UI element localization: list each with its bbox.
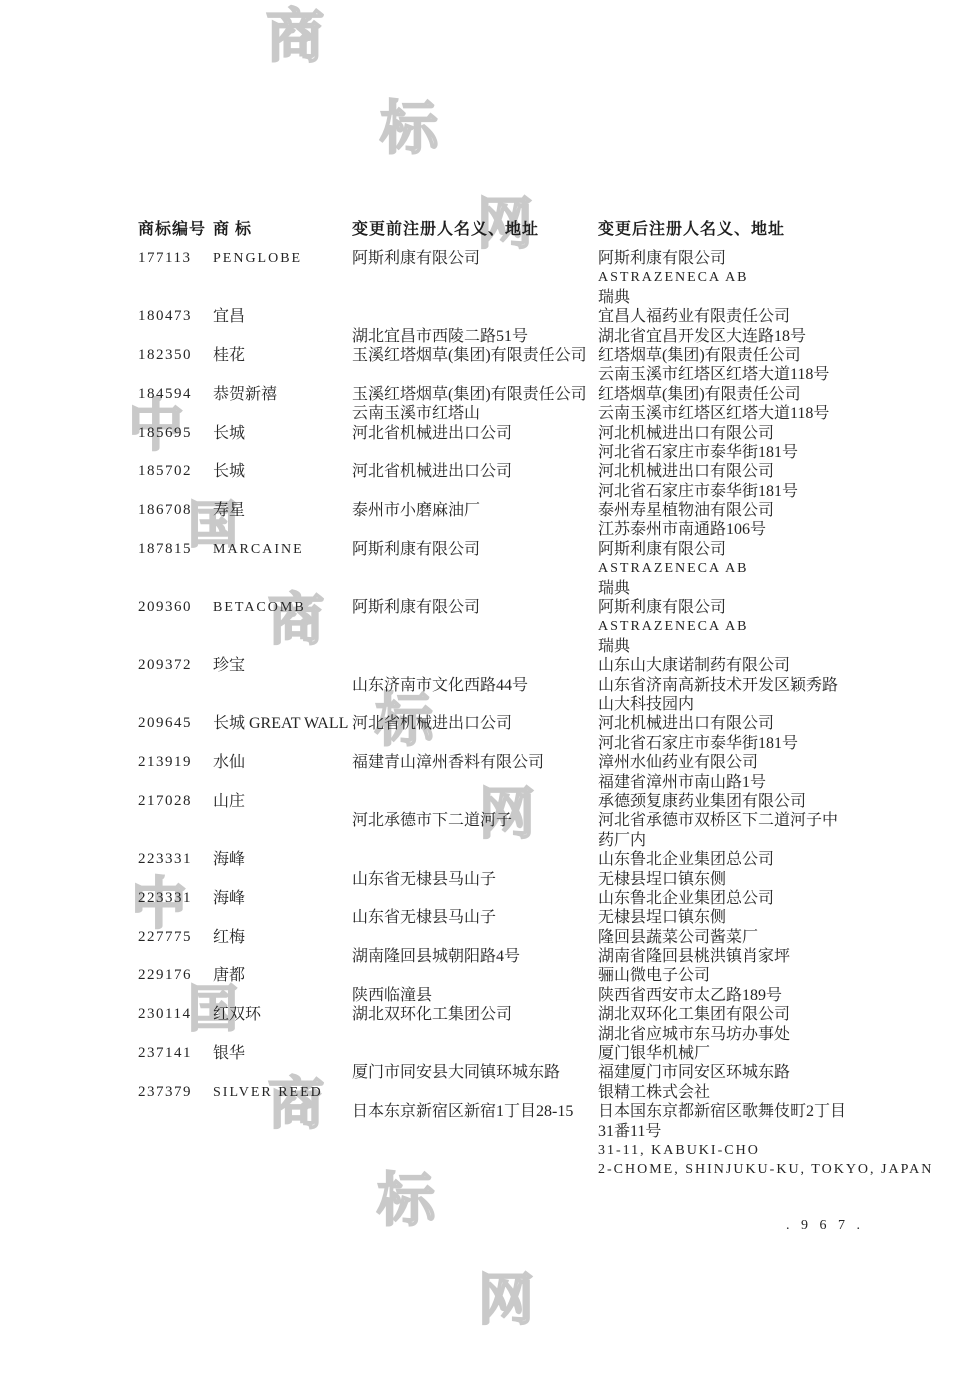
table-row: 209360BETACOMB阿斯利康有限公司阿斯利康有限公司ASTRAZENEC… [138, 598, 980, 656]
change-records-table: 177113PENGLOBE阿斯利康有限公司阿斯利康有限公司ASTRAZENEC… [138, 249, 980, 1180]
cell-line: 217028 [138, 792, 213, 811]
cell-line: 182350 [138, 346, 213, 365]
registrant-after-cell: 宜昌人福药业有限责任公司湖北省宜昌开发区大连路18号 [598, 307, 980, 346]
cell-line: 230114 [138, 1005, 213, 1024]
trademark-number-cell: 217028 [138, 792, 213, 811]
cell-line: 河北机械进出口有限公司 [598, 714, 980, 733]
cell-line: 珍宝 [213, 656, 352, 675]
trademark-name-cell: 长城 [213, 462, 352, 481]
cell-line: 湖北双环化工集团公司 [352, 1005, 598, 1024]
cell-line [352, 889, 598, 908]
registrant-after-cell: 泰州寿星植物油有限公司江苏泰州市南通路106号 [598, 501, 980, 540]
trademark-number-cell: 227775 [138, 928, 213, 947]
cell-line: 湖北双环化工集团有限公司 [598, 1005, 980, 1024]
cell-line: 福建青山漳州香料有限公司 [352, 753, 598, 772]
cell-line: 河北省石家庄市泰华街181号 [598, 734, 980, 753]
trademark-number-cell: 237141 [138, 1044, 213, 1063]
cell-line: 河北省石家庄市泰华街181号 [598, 443, 980, 462]
trademark-name-cell: 红双环 [213, 1005, 352, 1024]
table-row: 185702长城河北省机械进出口公司河北机械进出口有限公司河北省石家庄市泰华街1… [138, 462, 980, 501]
cell-line: 宜昌人福药业有限责任公司 [598, 307, 980, 326]
cell-line: 宜昌 [213, 307, 352, 326]
trademark-name-cell: PENGLOBE [213, 249, 352, 268]
trademark-number-cell: 177113 [138, 249, 213, 268]
gazette-page: 商标网中国商标网中国商标网 商标编号 商 标 变更前注册人名义、地址 变更后注册… [0, 0, 980, 1400]
cell-line: 31-11, KABUKI-CHO [598, 1141, 980, 1160]
registrant-before-cell: 阿斯利康有限公司 [352, 249, 598, 268]
trademark-name-cell: MARCAINE [213, 540, 352, 559]
cell-line: 209360 [138, 598, 213, 617]
cell-line: 银华 [213, 1044, 352, 1063]
cell-line: 江苏泰州市南通路106号 [598, 520, 980, 539]
cell-line: 日本国东京都新宿区歌舞伎町2丁目 [598, 1102, 980, 1121]
trademark-number-cell: 209645 [138, 714, 213, 733]
cell-line: 福建厦门市同安区环城东路 [598, 1063, 980, 1082]
cell-line: 177113 [138, 249, 213, 268]
registrant-before-cell: 日本东京新宿区新宿1丁目28-15 [352, 1083, 598, 1122]
trademark-number-cell: 209360 [138, 598, 213, 617]
cell-line: 湖北省应城市东马坊办事处 [598, 1025, 980, 1044]
trademark-name-cell: 山庄 [213, 792, 352, 811]
cell-line: 漳州水仙药业有限公司 [598, 753, 980, 772]
cell-line: 185695 [138, 424, 213, 443]
cell-line: 红塔烟草(集团)有限责任公司 [598, 346, 980, 365]
cell-line: 水仙 [213, 753, 352, 772]
trademark-number-cell: 180473 [138, 307, 213, 326]
cell-line: BETACOMB [213, 598, 352, 617]
cell-line [352, 1083, 598, 1102]
trademark-number-cell: 223331 [138, 889, 213, 908]
page-number: . 9 6 7 . [786, 1218, 864, 1234]
cell-line [352, 966, 598, 985]
column-header-after: 变更后注册人名义、地址 [598, 216, 785, 236]
cell-line [352, 656, 598, 675]
column-header-before: 变更前注册人名义、地址 [352, 216, 539, 236]
cell-line [352, 1044, 598, 1063]
table-row: 230114红双环湖北双环化工集团公司湖北双环化工集团有限公司湖北省应城市东马坊… [138, 1005, 980, 1044]
trademark-name-cell: 水仙 [213, 753, 352, 772]
cell-line: 山东省无棣县马山子 [352, 870, 598, 889]
table-row: 227775红梅湖南隆回县城朝阳路4号隆回县蔬菜公司酱菜厂湖南省隆回县桃洪镇肖家… [138, 928, 980, 967]
registrant-before-cell: 阿斯利康有限公司 [352, 598, 598, 617]
table-row: 182350桂花玉溪红塔烟草(集团)有限责任公司红塔烟草(集团)有限责任公司云南… [138, 346, 980, 385]
cell-line: 237379 [138, 1083, 213, 1102]
trademark-name-cell: SILVER REED [213, 1083, 352, 1102]
page-content: 商标编号 商 标 变更前注册人名义、地址 变更后注册人名义、地址 177113P… [0, 0, 980, 1400]
trademark-number-cell: 237379 [138, 1083, 213, 1102]
table-row: 177113PENGLOBE阿斯利康有限公司阿斯利康有限公司ASTRAZENEC… [138, 249, 980, 307]
trademark-number-cell: 185695 [138, 424, 213, 443]
registrant-after-cell: 湖北双环化工集团有限公司湖北省应城市东马坊办事处 [598, 1005, 980, 1044]
cell-line: 湖北宜昌市西陵二路51号 [352, 327, 598, 346]
cell-line: 229176 [138, 966, 213, 985]
trademark-number-cell: 209372 [138, 656, 213, 675]
registrant-after-cell: 承德颈复康药业集团有限公司河北省承德市双桥区下二道河子中药厂内 [598, 792, 980, 850]
registrant-before-cell: 湖北双环化工集团公司 [352, 1005, 598, 1024]
cell-line: 河北机械进出口有限公司 [598, 462, 980, 481]
registrant-before-cell: 山东省无棣县马山子 [352, 850, 598, 889]
cell-line: 31番11号 [598, 1122, 980, 1141]
cell-line: 187815 [138, 540, 213, 559]
registrant-before-cell: 厦门市同安县大同镇环城东路 [352, 1044, 598, 1083]
cell-line: 药厂内 [598, 831, 980, 850]
cell-line: ASTRAZENECA AB [598, 559, 980, 578]
cell-line: MARCAINE [213, 540, 352, 559]
registrant-before-cell: 阿斯利康有限公司 [352, 540, 598, 559]
table-row: 223331海峰山东省无棣县马山子山东鲁北企业集团总公司无棣县埕口镇东侧 [138, 850, 980, 889]
cell-line: 云南玉溪市红塔区红塔大道118号 [598, 365, 980, 384]
registrant-before-cell: 玉溪红塔烟草(集团)有限责任公司 [352, 346, 598, 365]
cell-line: 玉溪红塔烟草(集团)有限责任公司 [352, 385, 598, 404]
cell-line: 阿斯利康有限公司 [352, 249, 598, 268]
registrant-after-cell: 山东鲁北企业集团总公司无棣县埕口镇东侧 [598, 850, 980, 889]
trademark-number-cell: 223331 [138, 850, 213, 869]
registrant-before-cell: 陕西临潼县 [352, 966, 598, 1005]
cell-line: 无棣县埕口镇东侧 [598, 870, 980, 889]
table-row: 209645长城 GREAT WALL河北省机械进出口公司河北机械进出口有限公司… [138, 714, 980, 753]
registrant-after-cell: 山东山大康诺制药有限公司山东省济南高新技术开发区颖秀路山大科技园内 [598, 656, 980, 714]
registrant-after-cell: 河北机械进出口有限公司河北省石家庄市泰华街181号 [598, 714, 980, 753]
registrant-before-cell: 泰州市小磨麻油厂 [352, 501, 598, 520]
cell-line: 阿斯利康有限公司 [352, 598, 598, 617]
cell-line: 山东山大康诺制药有限公司 [598, 656, 980, 675]
registrant-before-cell: 湖北宜昌市西陵二路51号 [352, 307, 598, 346]
trademark-name-cell: 宜昌 [213, 307, 352, 326]
cell-line: 河北承德市下二道河子 [352, 811, 598, 830]
trademark-name-cell: 寿星 [213, 501, 352, 520]
trademark-number-cell: 229176 [138, 966, 213, 985]
cell-line: 山庄 [213, 792, 352, 811]
cell-line: 海峰 [213, 889, 352, 908]
cell-line: 云南玉溪市红塔山 [352, 404, 598, 423]
table-row: 186708寿星泰州市小磨麻油厂泰州寿星植物油有限公司江苏泰州市南通路106号 [138, 501, 980, 540]
registrant-before-cell: 山东济南市文化西路44号 [352, 656, 598, 695]
registrant-before-cell: 山东省无棣县马山子 [352, 889, 598, 928]
cell-line: 河北省机械进出口公司 [352, 424, 598, 443]
registrant-after-cell: 阿斯利康有限公司ASTRAZENECA AB瑞典 [598, 249, 980, 307]
cell-line: 河北省承德市双桥区下二道河子中 [598, 811, 980, 830]
registrant-after-cell: 银精工株式会社日本国东京都新宿区歌舞伎町2丁目31番11号31-11, KABU… [598, 1083, 980, 1180]
registrant-after-cell: 红塔烟草(集团)有限责任公司云南玉溪市红塔区红塔大道118号 [598, 385, 980, 424]
cell-line: 湖南隆回县城朝阳路4号 [352, 947, 598, 966]
cell-line: 237141 [138, 1044, 213, 1063]
cell-line: SILVER REED [213, 1083, 352, 1102]
table-row: 187815MARCAINE阿斯利康有限公司阿斯利康有限公司ASTRAZENEC… [138, 540, 980, 598]
registrant-before-cell: 河北省机械进出口公司 [352, 424, 598, 443]
cell-line: 泰州市小磨麻油厂 [352, 501, 598, 520]
cell-line: 瑞典 [598, 579, 980, 598]
cell-line: 227775 [138, 928, 213, 947]
registrant-before-cell: 福建青山漳州香料有限公司 [352, 753, 598, 772]
cell-line [352, 792, 598, 811]
cell-line: 湖南省隆回县桃洪镇肖家坪 [598, 947, 980, 966]
cell-line: 骊山微电子公司 [598, 966, 980, 985]
trademark-name-cell: 长城 GREAT WALL [213, 714, 352, 733]
cell-line: 209645 [138, 714, 213, 733]
cell-line: 山东济南市文化西路44号 [352, 676, 598, 695]
cell-line: 180473 [138, 307, 213, 326]
cell-line: 河北省石家庄市泰华街181号 [598, 482, 980, 501]
cell-line: 恭贺新禧 [213, 385, 352, 404]
cell-line: 山东鲁北企业集团总公司 [598, 889, 980, 908]
table-row: 184594恭贺新禧玉溪红塔烟草(集团)有限责任公司云南玉溪市红塔山红塔烟草(集… [138, 385, 980, 424]
cell-line: 承德颈复康药业集团有限公司 [598, 792, 980, 811]
trademark-number-cell: 182350 [138, 346, 213, 365]
cell-line: 日本东京新宿区新宿1丁目28-15 [352, 1102, 598, 1121]
trademark-number-cell: 186708 [138, 501, 213, 520]
cell-line: 河北省机械进出口公司 [352, 462, 598, 481]
trademark-name-cell: 长城 [213, 424, 352, 443]
registrant-after-cell: 骊山微电子公司陕西省西安市太乙路189号 [598, 966, 980, 1005]
cell-line: 厦门市同安县大同镇环城东路 [352, 1063, 598, 1082]
trademark-number-cell: 230114 [138, 1005, 213, 1024]
cell-line: 山东省无棣县马山子 [352, 908, 598, 927]
registrant-before-cell: 河北省机械进出口公司 [352, 714, 598, 733]
registrant-before-cell: 湖南隆回县城朝阳路4号 [352, 928, 598, 967]
registrant-after-cell: 山东鲁北企业集团总公司无棣县埕口镇东侧 [598, 889, 980, 928]
trademark-name-cell: 珍宝 [213, 656, 352, 675]
cell-line: 213919 [138, 753, 213, 772]
table-row: 237141银华厦门市同安县大同镇环城东路厦门银华机械厂福建厦门市同安区环城东路 [138, 1044, 980, 1083]
cell-line: 209372 [138, 656, 213, 675]
cell-line: 山东鲁北企业集团总公司 [598, 850, 980, 869]
trademark-number-cell: 184594 [138, 385, 213, 404]
cell-line: 云南玉溪市红塔区红塔大道118号 [598, 404, 980, 423]
registrant-after-cell: 河北机械进出口有限公司河北省石家庄市泰华街181号 [598, 424, 980, 463]
cell-line: 山东省济南高新技术开发区颖秀路 [598, 676, 980, 695]
cell-line: 红双环 [213, 1005, 352, 1024]
table-row: 180473宜昌湖北宜昌市西陵二路51号宜昌人福药业有限责任公司湖北省宜昌开发区… [138, 307, 980, 346]
cell-line: ASTRAZENECA AB [598, 617, 980, 636]
trademark-number-cell: 213919 [138, 753, 213, 772]
trademark-name-cell: 桂花 [213, 346, 352, 365]
table-row: 229176唐都陕西临潼县骊山微电子公司陕西省西安市太乙路189号 [138, 966, 980, 1005]
registrant-before-cell: 河北承德市下二道河子 [352, 792, 598, 831]
registrant-after-cell: 漳州水仙药业有限公司福建省漳州市南山路1号 [598, 753, 980, 792]
cell-line: 长城 [213, 424, 352, 443]
cell-line: 红塔烟草(集团)有限责任公司 [598, 385, 980, 404]
trademark-name-cell: 红梅 [213, 928, 352, 947]
cell-line: 阿斯利康有限公司 [598, 249, 980, 268]
cell-line: 玉溪红塔烟草(集团)有限责任公司 [352, 346, 598, 365]
cell-line: 厦门银华机械厂 [598, 1044, 980, 1063]
cell-line: 河北省机械进出口公司 [352, 714, 598, 733]
table-row: 185695长城河北省机械进出口公司河北机械进出口有限公司河北省石家庄市泰华街1… [138, 424, 980, 463]
registrant-after-cell: 红塔烟草(集团)有限责任公司云南玉溪市红塔区红塔大道118号 [598, 346, 980, 385]
registrant-after-cell: 厦门银华机械厂福建厦门市同安区环城东路 [598, 1044, 980, 1083]
table-row: 209372珍宝山东济南市文化西路44号山东山大康诺制药有限公司山东省济南高新技… [138, 656, 980, 714]
cell-line: 寿星 [213, 501, 352, 520]
registrant-after-cell: 河北机械进出口有限公司河北省石家庄市泰华街181号 [598, 462, 980, 501]
cell-line: 隆回县蔬菜公司酱菜厂 [598, 928, 980, 947]
cell-line: 福建省漳州市南山路1号 [598, 773, 980, 792]
registrant-after-cell: 阿斯利康有限公司ASTRAZENECA AB瑞典 [598, 598, 980, 656]
cell-line: 长城 GREAT WALL [213, 714, 352, 733]
cell-line: 海峰 [213, 850, 352, 869]
trademark-name-cell: 恭贺新禧 [213, 385, 352, 404]
trademark-name-cell: BETACOMB [213, 598, 352, 617]
trademark-name-cell: 唐都 [213, 966, 352, 985]
cell-line [352, 307, 598, 326]
cell-line: 2-CHOME, SHINJUKU-KU, TOKYO, JAPAN [598, 1160, 980, 1179]
cell-line: 185702 [138, 462, 213, 481]
cell-line: 瑞典 [598, 288, 980, 307]
cell-line: 阿斯利康有限公司 [598, 598, 980, 617]
cell-line: 陕西省西安市太乙路189号 [598, 986, 980, 1005]
registrant-before-cell: 河北省机械进出口公司 [352, 462, 598, 481]
cell-line: 186708 [138, 501, 213, 520]
cell-line: 长城 [213, 462, 352, 481]
cell-line: 223331 [138, 850, 213, 869]
cell-line: 山大科技园内 [598, 695, 980, 714]
cell-line: 唐都 [213, 966, 352, 985]
trademark-name-cell: 银华 [213, 1044, 352, 1063]
column-header-number: 商标编号 [138, 216, 206, 236]
registrant-after-cell: 隆回县蔬菜公司酱菜厂湖南省隆回县桃洪镇肖家坪 [598, 928, 980, 967]
cell-line: 阿斯利康有限公司 [352, 540, 598, 559]
table-row: 223331海峰山东省无棣县马山子山东鲁北企业集团总公司无棣县埕口镇东侧 [138, 889, 980, 928]
trademark-number-cell: 185702 [138, 462, 213, 481]
registrant-after-cell: 阿斯利康有限公司ASTRAZENECA AB瑞典 [598, 540, 980, 598]
cell-line: 184594 [138, 385, 213, 404]
cell-line: PENGLOBE [213, 249, 352, 268]
trademark-name-cell: 海峰 [213, 850, 352, 869]
trademark-name-cell: 海峰 [213, 889, 352, 908]
cell-line: 河北机械进出口有限公司 [598, 424, 980, 443]
table-row: 213919水仙福建青山漳州香料有限公司漳州水仙药业有限公司福建省漳州市南山路1… [138, 753, 980, 792]
cell-line: 桂花 [213, 346, 352, 365]
cell-line: 湖北省宜昌开发区大连路18号 [598, 327, 980, 346]
cell-line [352, 928, 598, 947]
cell-line: 阿斯利康有限公司 [598, 540, 980, 559]
cell-line: 红梅 [213, 928, 352, 947]
column-header-trademark: 商 标 [213, 216, 252, 236]
cell-line: 陕西临潼县 [352, 986, 598, 1005]
cell-line: 无棣县埕口镇东侧 [598, 908, 980, 927]
cell-line: ASTRAZENECA AB [598, 268, 980, 287]
registrant-before-cell: 玉溪红塔烟草(集团)有限责任公司云南玉溪市红塔山 [352, 385, 598, 424]
table-row: 237379SILVER REED日本东京新宿区新宿1丁目28-15银精工株式会… [138, 1083, 980, 1180]
table-row: 217028山庄河北承德市下二道河子承德颈复康药业集团有限公司河北省承德市双桥区… [138, 792, 980, 850]
cell-line: 银精工株式会社 [598, 1083, 980, 1102]
cell-line: 瑞典 [598, 637, 980, 656]
cell-line: 223331 [138, 889, 213, 908]
trademark-number-cell: 187815 [138, 540, 213, 559]
cell-line [352, 850, 598, 869]
cell-line: 泰州寿星植物油有限公司 [598, 501, 980, 520]
